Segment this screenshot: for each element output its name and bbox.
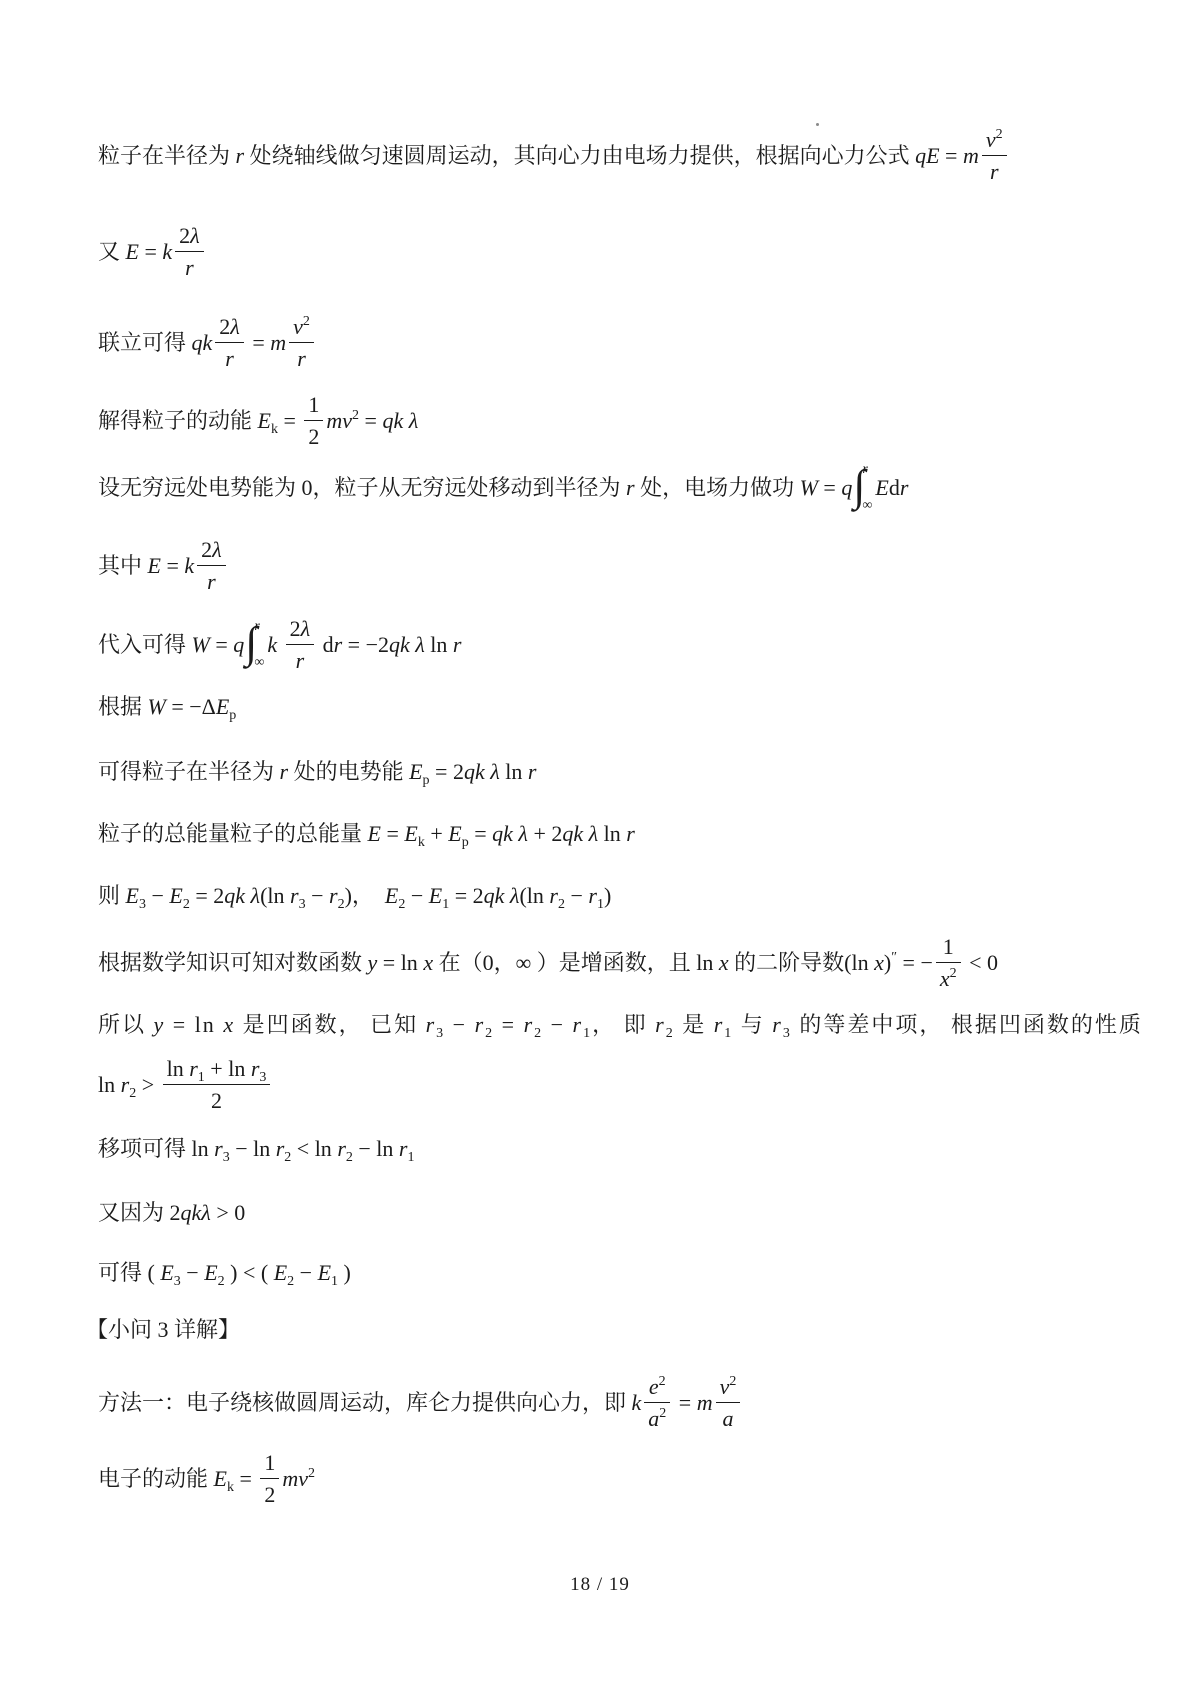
math-run: r	[280, 759, 289, 784]
text-run: 2	[211, 1088, 222, 1113]
text-run: − ln	[353, 1136, 399, 1161]
math-run: E	[875, 475, 888, 500]
math-run: m	[270, 330, 286, 355]
math-run: r	[549, 883, 558, 908]
text-run: > 0	[211, 1200, 245, 1225]
text-run: 其中	[98, 553, 148, 578]
text-run: 根据数学知识可知对数函数	[98, 950, 368, 975]
subscript: 1	[583, 1026, 592, 1041]
superscript: 2	[303, 314, 310, 329]
text-run: 1	[264, 1450, 275, 1475]
math-run: r	[772, 1012, 783, 1037]
text-run: =	[210, 632, 233, 657]
subscript: 3	[299, 897, 306, 912]
math-run: E	[318, 1260, 331, 1285]
text-run: = −	[897, 950, 933, 975]
math-run: λ	[201, 1200, 211, 1225]
math-run: λ	[518, 821, 528, 846]
text-run: 的等差中项， 根据凹函数的性质	[792, 1012, 1143, 1037]
text-run: 又	[98, 239, 126, 264]
math-run: r	[276, 1136, 285, 1161]
para-work-integral-setup: 设无穷远处电势能为 0，粒子从无穷远处移动到半径为 r 处，电场力做功 W = …	[98, 462, 908, 518]
text-run: 则	[98, 883, 126, 908]
math-run: E	[409, 759, 422, 784]
math-run: r	[990, 159, 999, 184]
subscript: k	[418, 835, 425, 850]
math-run: λ	[251, 883, 261, 908]
superscript: 2	[659, 1406, 666, 1421]
fraction: ln r1 + ln r32	[163, 1055, 271, 1115]
math-run: r	[626, 821, 635, 846]
math-run: y	[154, 1012, 166, 1037]
math-run: mv	[282, 1466, 308, 1491]
math-run: r	[626, 475, 635, 500]
para-electron-kinetic-energy: 电子的动能 Ek = 12mv2	[98, 1449, 315, 1513]
subscript: p	[423, 773, 430, 788]
math-run: a	[648, 1406, 659, 1431]
math-run: r	[588, 883, 597, 908]
text-run: −	[306, 883, 329, 908]
subscript: 1	[407, 1150, 414, 1165]
text-run: =	[469, 821, 492, 846]
text-run: 联立可得	[98, 330, 192, 355]
math-run: v	[720, 1374, 730, 1399]
text-run: 又因为 2	[98, 1200, 181, 1225]
text-run: =	[818, 475, 841, 500]
math-run: λ	[212, 537, 222, 562]
para-log-function-property: 根据数学知识可知对数函数 y = ln x 在（0，∞ ）是增函数，且 ln x…	[98, 933, 998, 997]
subscript: 1	[331, 1274, 338, 1289]
math-run: mv	[326, 408, 352, 433]
text-run: 2	[308, 424, 319, 449]
para-potential-energy: 可得粒子在半径为 r 处的电势能 Ep = 2qk λ ln r	[98, 755, 536, 789]
math-run: qk	[181, 1200, 202, 1225]
text-run: =	[278, 408, 301, 433]
math-run: k	[267, 632, 277, 657]
math-run: r	[189, 1056, 198, 1081]
para-field-strength: 又 E = k2λr	[98, 222, 207, 286]
math-run: E	[404, 821, 417, 846]
text-run: >	[136, 1072, 159, 1097]
text-run: 【小问 3 详解】	[86, 1317, 240, 1342]
para-kinetic-energy-result: 解得粒子的动能 Ek = 12mv2 = qk λ	[98, 391, 418, 455]
math-run: x	[940, 966, 950, 991]
text-run: (ln	[844, 950, 874, 975]
math-run: r	[655, 1012, 666, 1037]
math-run: r	[296, 648, 305, 673]
math-run: E	[368, 821, 381, 846]
text-run: 2	[290, 616, 301, 641]
text-run: 2	[179, 223, 190, 248]
text-run: =	[673, 1390, 696, 1415]
math-run: qE	[915, 143, 939, 168]
text-run: = −2	[342, 632, 389, 657]
math-run: qk	[492, 821, 513, 846]
math-run: r	[900, 475, 909, 500]
para-work-potential-relation: 根据 W = −ΔEp	[98, 690, 236, 724]
math-run: r	[475, 1012, 486, 1037]
text-run: d	[889, 475, 900, 500]
math-run: r	[334, 632, 343, 657]
text-run: = ln	[377, 950, 423, 975]
subscript: 3	[783, 1026, 792, 1041]
math-run: r	[528, 759, 537, 784]
text-run: ) < (	[225, 1260, 274, 1285]
math-run: r	[453, 632, 462, 657]
subscript: 2	[485, 1026, 494, 1041]
text-run: = −Δ	[166, 694, 216, 719]
text-run: (ln	[519, 883, 549, 908]
para-positive-factor: 又因为 2qkλ > 0	[98, 1196, 245, 1230]
superscript: 2	[659, 1374, 666, 1389]
text-run: 设无穷远处电势能为 0，粒子从无穷远处移动到半径为	[98, 475, 626, 500]
text-run: 代入可得	[98, 632, 192, 657]
para-energy-differences: 则 E3 − E2 = 2qk λ(ln r3 − r2)， E2 − E1 =…	[98, 879, 611, 913]
text-run: = ln	[165, 1012, 223, 1037]
subscript: 3	[139, 897, 146, 912]
math-run: r	[121, 1072, 130, 1097]
text-run: 1	[308, 392, 319, 417]
math-run: r	[297, 346, 306, 371]
text-run: )，	[345, 883, 385, 908]
text-run: = 2	[430, 759, 464, 784]
math-run: m	[963, 143, 979, 168]
para-concave-function: 所以 y = ln x 是凹函数， 已知 r3 − r2 = r2 − r1， …	[98, 1008, 1143, 1042]
subscript: 1	[198, 1070, 205, 1085]
page-number: 18 / 19	[0, 1574, 1200, 1596]
text-run: =	[161, 553, 184, 578]
subscript: k	[271, 422, 278, 437]
para-log-mean-inequality: ln r2 > ln r1 + ln r32	[98, 1055, 273, 1119]
superscript: 2	[308, 1466, 315, 1481]
subscript: 3	[174, 1274, 181, 1289]
text-run: ln	[98, 1072, 121, 1097]
text-run: 是凹函数， 已知	[235, 1012, 426, 1037]
math-run: m	[697, 1390, 713, 1415]
text-run: = 2	[449, 883, 483, 908]
math-run: E	[160, 1260, 173, 1285]
subscript: 2	[338, 897, 345, 912]
math-run: r	[207, 569, 216, 594]
para-combined-equations: 联立可得 qk2λr = mv2r	[98, 313, 317, 377]
fraction: 2λr	[197, 536, 226, 596]
math-run: λ	[490, 759, 500, 784]
subscript: 2	[534, 1026, 543, 1041]
superscript: 2	[352, 408, 359, 423]
para-rearranged-inequality: 移项可得 ln r3 − ln r2 < ln r2 − ln r1	[98, 1132, 414, 1166]
math-run: E	[258, 408, 271, 433]
subscript: 2	[558, 897, 565, 912]
text-run: 在（0，∞ ）是增函数，且 ln	[433, 950, 719, 975]
text-run: 的二阶导数	[729, 950, 845, 975]
math-run: e	[649, 1374, 659, 1399]
integral-sign: ∫r∞	[853, 462, 872, 516]
fraction: 12	[260, 1449, 279, 1509]
fraction: v2r	[982, 126, 1007, 186]
fraction: 2λr	[286, 615, 315, 675]
text-run: 2	[219, 314, 230, 339]
text-run: −	[405, 883, 428, 908]
text-run: 处绕轴线做匀速圆周运动，其向心力由电场力提供，根据向心力公式	[244, 143, 915, 168]
math-run: λ	[409, 408, 419, 433]
para-conclusion: 可得 ( E3 − E2 ) < ( E2 − E1 )	[98, 1256, 351, 1290]
subscript: 3	[259, 1070, 266, 1085]
math-run: k	[162, 239, 172, 264]
text-run: −	[294, 1260, 317, 1285]
text-run: =	[359, 408, 382, 433]
math-run: x	[423, 950, 433, 975]
text-run: 可得 (	[98, 1260, 160, 1285]
text-run: 可得粒子在半径为	[98, 759, 280, 784]
text-run: 粒子在半径为	[98, 143, 236, 168]
fraction: 2λr	[175, 222, 204, 282]
text-run: −	[445, 1012, 474, 1037]
math-run: r	[426, 1012, 437, 1037]
math-run: λ	[589, 821, 599, 846]
math-run: q	[841, 475, 852, 500]
text-run: 电子的动能	[98, 1466, 214, 1491]
text-run: )	[604, 883, 611, 908]
math-run: E	[126, 239, 139, 264]
text-run: d	[317, 632, 334, 657]
text-run: 粒子的总能量粒子的总能量	[98, 821, 368, 846]
fraction: 1x2	[936, 933, 961, 993]
math-run: q	[233, 632, 244, 657]
subscript: p	[462, 835, 469, 850]
math-run: qk	[562, 821, 583, 846]
math-run: r	[714, 1012, 725, 1037]
para-field-expression: 其中 E = k2λr	[98, 536, 229, 600]
math-run: r	[185, 255, 194, 280]
math-run: W	[800, 475, 818, 500]
math-run: qk	[389, 632, 410, 657]
math-run: E	[385, 883, 398, 908]
math-run: E	[126, 883, 139, 908]
math-run: E	[216, 694, 229, 719]
text-run: +	[425, 821, 448, 846]
superscript: 2	[729, 1374, 736, 1389]
para-centripetal-force: 粒子在半径为 r 处绕轴线做匀速圆周运动，其向心力由电场力提供，根据向心力公式 …	[98, 126, 1010, 190]
math-run: x	[874, 950, 884, 975]
math-run: y	[368, 950, 378, 975]
text-run: )	[338, 1260, 351, 1285]
superscript: 2	[950, 966, 957, 981]
math-run: x	[223, 1012, 235, 1037]
subscript: k	[227, 1480, 234, 1495]
math-run: x	[719, 950, 729, 975]
math-run: E	[448, 821, 461, 846]
text-run: 移项可得 ln	[98, 1136, 214, 1161]
math-run: r	[214, 1136, 223, 1161]
math-run: λ	[510, 883, 520, 908]
math-run: λ	[415, 632, 425, 657]
text-run: 解得粒子的动能	[98, 408, 258, 433]
math-run: E	[169, 883, 182, 908]
subscript: 3	[223, 1150, 230, 1165]
text-run: + 2	[528, 821, 562, 846]
subscript: 1	[724, 1026, 733, 1041]
math-run: qk	[484, 883, 505, 908]
text-run: −	[181, 1260, 204, 1285]
text-run: =	[381, 821, 404, 846]
integral-sign: ∫r∞	[245, 619, 264, 673]
text-run: 2	[264, 1482, 275, 1507]
text-run: 处，电场力做功	[635, 475, 800, 500]
para-work-result: 代入可得 W = q∫r∞k 2λr dr = −2qk λ ln r	[98, 615, 461, 679]
text-run: 所以	[98, 1012, 154, 1037]
math-run: r	[573, 1012, 584, 1037]
text-run: − ln	[230, 1136, 276, 1161]
para-method-one: 方法一：电子绕核做圆周运动，库仑力提供向心力，即 ke2a2 = mv2a	[98, 1373, 743, 1437]
math-run: W	[148, 694, 166, 719]
text-run: = 2	[190, 883, 224, 908]
text-run: < 0	[964, 950, 998, 975]
math-run: λ	[230, 314, 240, 339]
fraction: v2r	[289, 313, 314, 373]
text-run: 1	[943, 934, 954, 959]
math-run: qk	[224, 883, 245, 908]
math-run: E	[148, 553, 161, 578]
text-run: 与	[733, 1012, 772, 1037]
math-run: r	[236, 143, 245, 168]
text-run: ln	[167, 1056, 190, 1081]
fraction: 2λr	[215, 313, 244, 373]
text-run: =	[234, 1466, 257, 1491]
text-run: + ln	[205, 1056, 251, 1081]
superscript: 2	[996, 127, 1003, 142]
subscript: 2	[346, 1150, 353, 1165]
math-run: qk	[382, 408, 403, 433]
fraction: 12	[304, 391, 323, 451]
math-run: E	[214, 1466, 227, 1491]
fraction: v2a	[716, 1373, 741, 1433]
math-run: r	[225, 346, 234, 371]
text-run: =	[247, 330, 270, 355]
math-run: qk	[192, 330, 213, 355]
subscript: 2	[218, 1274, 225, 1289]
text-run: −	[565, 883, 588, 908]
text-run: ln	[598, 821, 626, 846]
math-run: k	[632, 1390, 642, 1415]
math-run: v	[293, 314, 303, 339]
text-run: ln	[425, 632, 453, 657]
text-run: −	[146, 883, 169, 908]
text-run: =	[940, 143, 963, 168]
math-run: r	[329, 883, 338, 908]
math-run: r	[290, 883, 299, 908]
text-run: =	[139, 239, 162, 264]
heading-subquestion-3: 【小问 3 详解】	[86, 1313, 240, 1347]
fraction: e2a2	[644, 1373, 670, 1433]
math-run: k	[184, 553, 194, 578]
subscript: 2	[666, 1026, 675, 1041]
text-run: 是	[675, 1012, 714, 1037]
text-run: 2	[201, 537, 212, 562]
text-run: =	[494, 1012, 523, 1037]
para-total-energy: 粒子的总能量粒子的总能量 E = Ek + Ep = qk λ + 2qk λ …	[98, 817, 635, 851]
math-run: E	[204, 1260, 217, 1285]
subscript: 1	[597, 897, 604, 912]
math-run: r	[524, 1012, 535, 1037]
math-run: E	[429, 883, 442, 908]
subscript: 2	[183, 897, 190, 912]
math-run: r	[337, 1136, 346, 1161]
text-run: −	[543, 1012, 572, 1037]
subscript: 3	[436, 1026, 445, 1041]
text-run	[277, 632, 283, 657]
text-run: (ln	[260, 883, 290, 908]
subscript: p	[229, 708, 236, 723]
text-run: < ln	[291, 1136, 337, 1161]
text-run: ln	[500, 759, 528, 784]
math-run: qk	[464, 759, 485, 784]
math-run: W	[192, 632, 210, 657]
text-run: 方法一：电子绕核做圆周运动，库仑力提供向心力，即	[98, 1390, 632, 1415]
math-run: a	[722, 1406, 733, 1431]
math-run: v	[986, 127, 996, 152]
math-run: λ	[301, 616, 311, 641]
text-run: ， 即	[592, 1012, 655, 1037]
math-run: E	[274, 1260, 287, 1285]
math-run: λ	[190, 223, 200, 248]
document-page: 粒子在半径为 r 处绕轴线做匀速圆周运动，其向心力由电场力提供，根据向心力公式 …	[0, 0, 1200, 1697]
text-run: 根据	[98, 694, 148, 719]
text-run: 处的电势能	[288, 759, 409, 784]
